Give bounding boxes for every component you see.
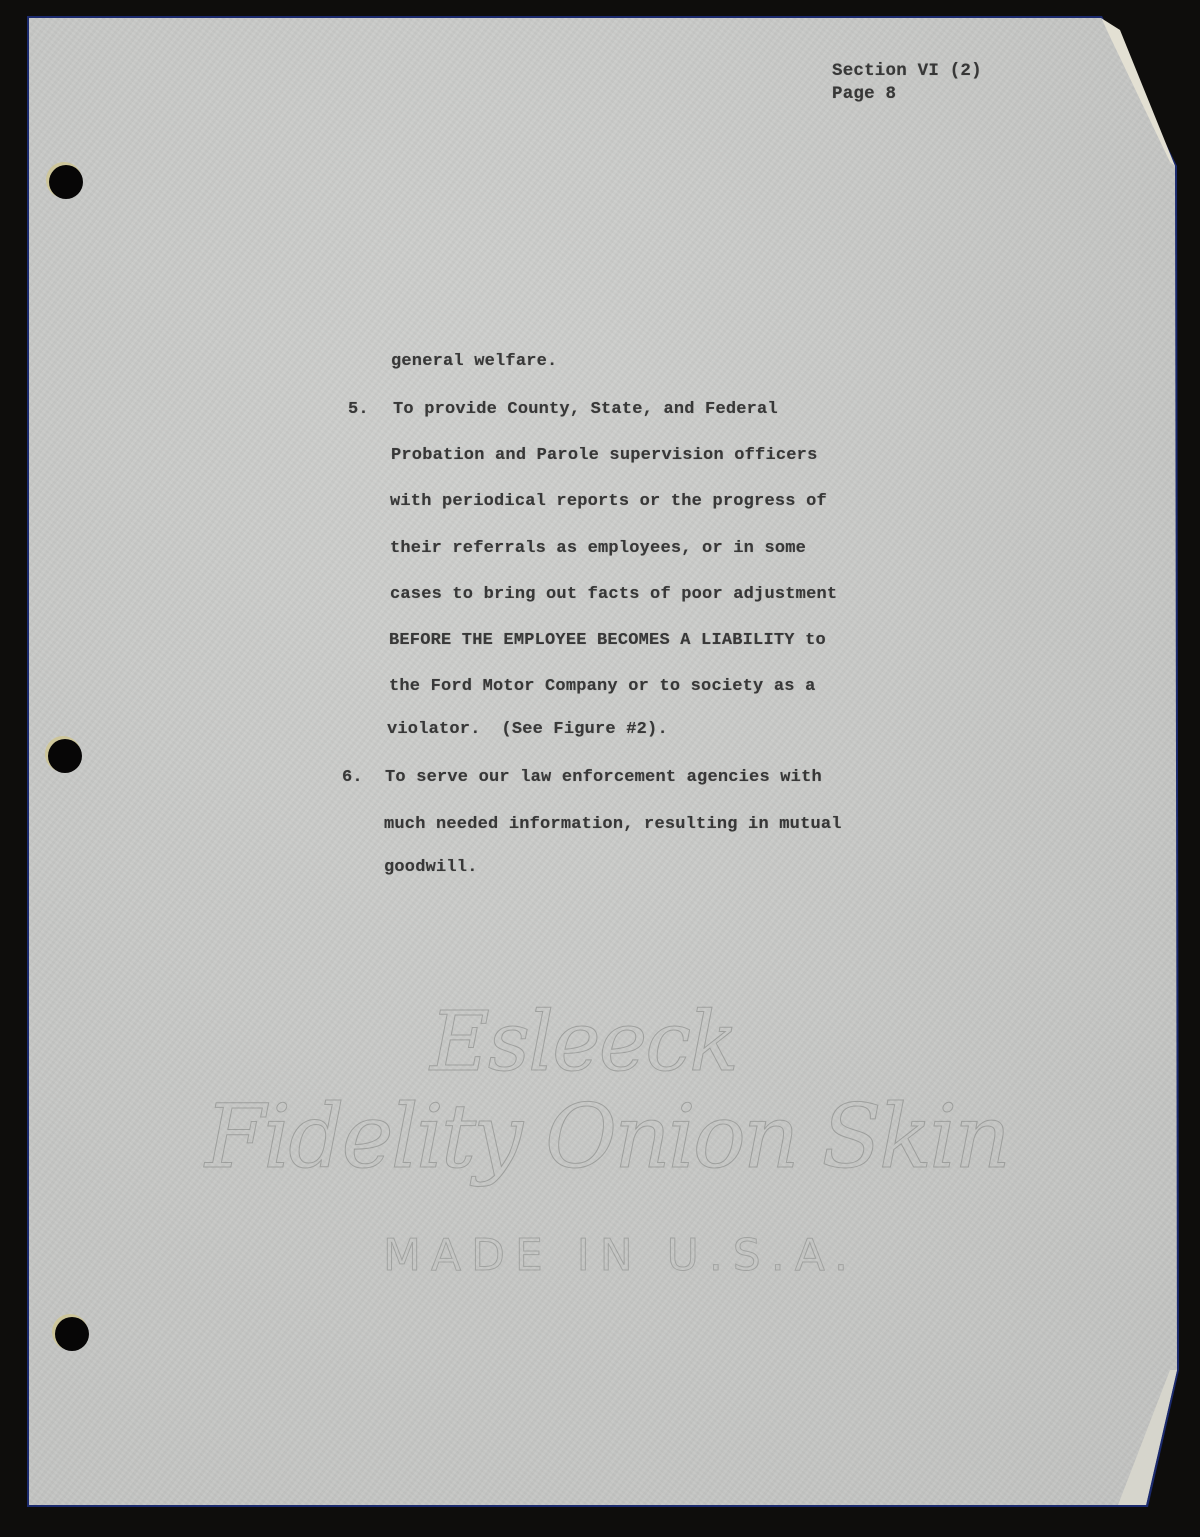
item-line: the Ford Motor Company or to society as … bbox=[389, 677, 815, 696]
item-number: 5. bbox=[348, 400, 369, 419]
item-line: with periodical reports or the progress … bbox=[390, 492, 827, 511]
punch-hole-icon bbox=[55, 1317, 89, 1351]
item-line: goodwill. bbox=[384, 858, 478, 877]
item-number: 6. bbox=[342, 768, 363, 787]
punch-hole-icon bbox=[49, 165, 83, 199]
item-line: their referrals as employees, or in some bbox=[390, 539, 806, 558]
item-line: violator. (See Figure #2). bbox=[387, 720, 668, 739]
item-line: Probation and Parole supervision officer… bbox=[391, 446, 817, 465]
item-line: To provide County, State, and Federal bbox=[393, 400, 778, 419]
item-line: cases to bring out facts of poor adjustm… bbox=[390, 585, 837, 604]
item-line: To serve our law enforcement agencies wi… bbox=[385, 768, 822, 787]
punch-hole-icon bbox=[48, 739, 82, 773]
continuation-line: general welfare. bbox=[391, 352, 557, 371]
page-number: Page 8 bbox=[832, 84, 896, 104]
item-line: much needed information, resulting in mu… bbox=[384, 815, 842, 834]
section-label: Section VI (2) bbox=[832, 61, 982, 81]
item-line-emphasis: BEFORE THE EMPLOYEE BECOMES A LIABILITY … bbox=[389, 631, 826, 650]
